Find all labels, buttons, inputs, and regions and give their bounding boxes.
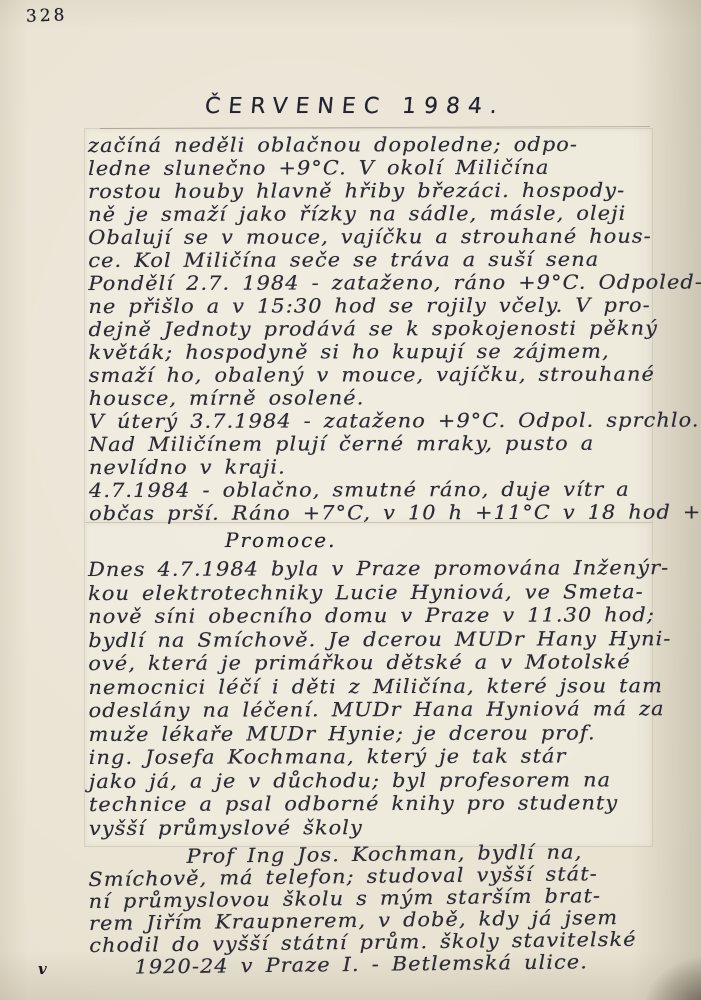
- handwritten-line: Nad Miličínem plují černé mraky, pusto a: [89, 431, 701, 456]
- scanned-diary-page: 328 ČERVENEC 1984. začíná neděli oblačno…: [0, 0, 701, 1000]
- handwritten-line: 1920-24 v Praze I. - Betlemská ulice.: [89, 950, 701, 979]
- handwritten-line: občas prší. Ráno +7°C, v 10 h +11°C v 18…: [89, 500, 701, 525]
- handwritten-line: rostou houby hlavně hřiby březáci. hospo…: [88, 178, 701, 203]
- handwritten-line: Dnes 4.7.1984 byla v Praze promována Inž…: [88, 556, 701, 582]
- handwritten-line: květák; hospodyně si ho kupují se zájmem…: [89, 339, 701, 364]
- handwritten-line: ing. Josefa Kochmana, který je tak stár: [89, 744, 701, 770]
- handwritten-line: jako já, a je v důchodu; byl profesorem …: [89, 767, 701, 793]
- promoce-block: Dnes 4.7.1984 byla v Praze promována Inž…: [88, 556, 701, 840]
- margin-check-mark: v: [38, 960, 47, 978]
- handwritten-line: ce. Kol Miličína seče se tráva a suší se…: [88, 247, 701, 272]
- handwritten-line: odeslány na léčení. MUDr Hana Hyniová má…: [89, 697, 701, 723]
- handwritten-line: ně je smaží jako řízky na sádle, másle, …: [88, 201, 701, 226]
- weather-notes-block: začíná neděli oblačnou dopoledne; odpo- …: [88, 132, 701, 525]
- section-heading-promoce: Promoce.: [225, 528, 336, 552]
- handwritten-line: V úterý 3.7.1984 - zataženo +9°C. Odpol.…: [89, 408, 701, 433]
- handwritten-line: Pondělí 2.7. 1984 - zataženo, ráno +9°C.…: [88, 270, 701, 295]
- kochman-block: Prof Ing Jos. Kochman, bydlí na, Smíchov…: [88, 840, 701, 979]
- handwritten-line: začíná neděli oblačnou dopoledne; odpo-: [88, 132, 701, 157]
- handwritten-line: muže lékaře MUDr Hynie; je dcerou prof.: [89, 720, 701, 746]
- page-number: 328: [26, 5, 68, 26]
- handwritten-line: housce, mírně osolené.: [89, 385, 701, 410]
- handwritten-line: nemocnici léčí i děti z Miličína, které …: [88, 673, 701, 699]
- handwritten-line: ové, která je primářkou dětské a v Motol…: [88, 650, 701, 676]
- handwritten-line: 4.7.1984 - oblačno, smutné ráno, duje ví…: [89, 477, 701, 502]
- handwritten-line: nevlídno v kraji.: [89, 454, 701, 479]
- handwritten-line: dejně Jednoty prodává se k spokojenosti …: [89, 316, 701, 341]
- handwritten-line: kou elektrotechniky Lucie Hyniová, ve Sm…: [88, 579, 701, 605]
- handwritten-line: Obalují se v mouce, vajíčku a strouhané …: [88, 224, 701, 249]
- handwritten-line: ne přišlo a v 15:30 hod se rojily včely.…: [88, 293, 701, 318]
- handwritten-line: vyšší průmyslové školy: [89, 814, 701, 840]
- handwritten-line: technice a psal odborné knihy pro studen…: [89, 791, 701, 817]
- page-title: ČERVENEC 1984.: [139, 94, 571, 119]
- handwritten-line: ledne slunečno +9°C. V okolí Miličína: [88, 155, 701, 180]
- handwritten-line: nově síni obecního domu v Praze v 11.30 …: [88, 603, 701, 629]
- handwritten-line: smaží ho, obalený v mouce, vajíčku, stro…: [89, 362, 701, 387]
- handwritten-line: bydlí na Smíchově. Je dcerou MUDr Hany H…: [88, 626, 701, 652]
